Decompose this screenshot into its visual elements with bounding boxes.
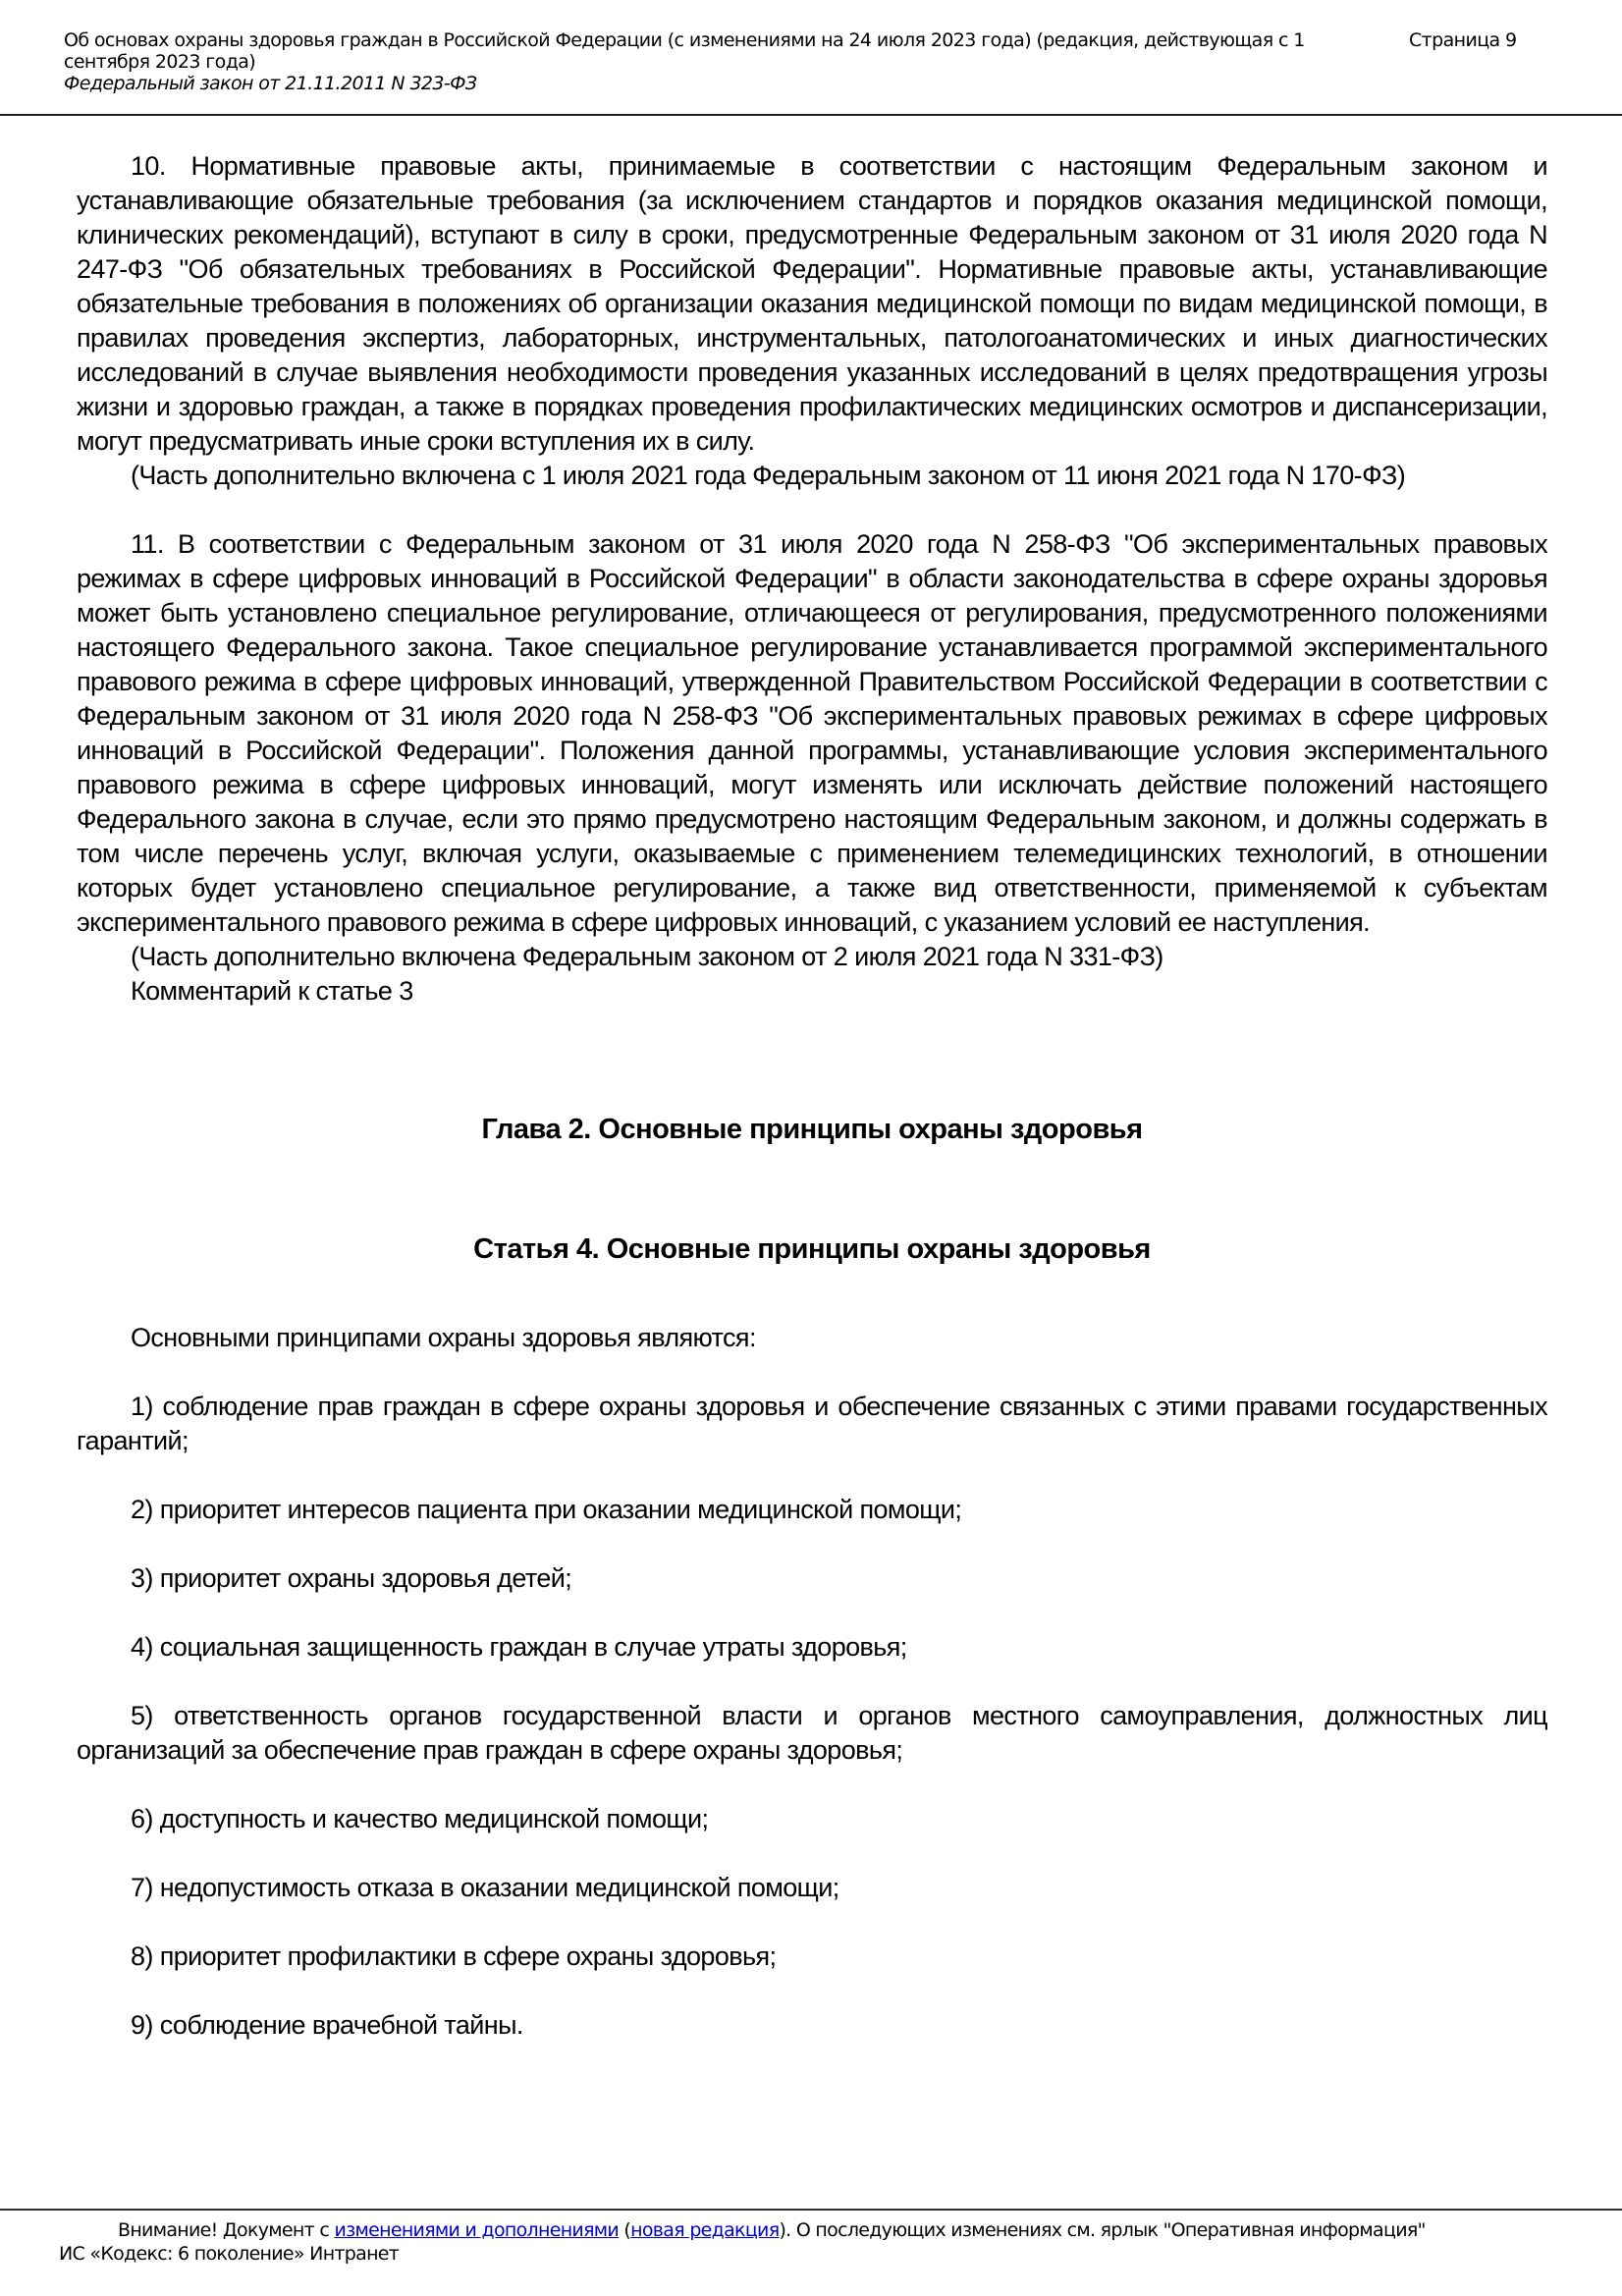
system-name: ИС «Кодекс: 6 поколение» Интранет — [59, 2242, 1571, 2266]
footer-notice: Внимание! Документ с изменениями и допол… — [59, 2218, 1571, 2242]
principle-item: 2) приоритет интересов пациента при оказ… — [77, 1493, 1547, 1527]
principles-intro: Основными принципами охраны здоровья явл… — [77, 1321, 1547, 1355]
principle-item: 3) приоритет охраны здоровья детей; — [77, 1561, 1547, 1596]
notice-prefix: Внимание! Документ с — [118, 2219, 334, 2241]
paren-open: ( — [619, 2219, 630, 2241]
principle-item: 6) доступность и качество медицинской по… — [77, 1802, 1547, 1836]
footer-divider — [0, 2209, 1622, 2211]
paragraph-10-note: (Часть дополнительно включена с 1 июля 2… — [77, 459, 1547, 493]
principle-item: 8) приоритет профилактики в сфере охраны… — [77, 1940, 1547, 1974]
paragraph-10: 10. Нормативные правовые акты, принимаем… — [77, 149, 1547, 459]
article-title: Статья 4. Основные принципы охраны здоро… — [77, 1232, 1547, 1267]
page-number: Страница 9 — [1409, 29, 1517, 51]
principle-item: 5) ответственность органов государственн… — [77, 1699, 1547, 1768]
principle-item: 4) социальная защищенность граждан в слу… — [77, 1630, 1547, 1665]
header-divider — [0, 114, 1622, 116]
page-footer: Внимание! Документ с изменениями и допол… — [59, 2218, 1571, 2266]
principle-item: 9) соблюдение врачебной тайны. — [77, 2008, 1547, 2043]
paragraph-11: 11. В соответствии с Федеральным законом… — [77, 527, 1547, 940]
document-body: 10. Нормативные правовые акты, принимаем… — [77, 149, 1547, 2043]
principle-item: 7) недопустимость отказа в оказании меди… — [77, 1871, 1547, 1905]
principle-item: 1) соблюдение прав граждан в сфере охран… — [77, 1390, 1547, 1458]
comment-link[interactable]: Комментарий к статье 3 — [77, 974, 1547, 1009]
chapter-title: Глава 2. Основные принципы охраны здоров… — [77, 1113, 1547, 1147]
notice-suffix: ). О последующих изменениях см. ярлык "О… — [779, 2219, 1425, 2241]
new-edition-link[interactable]: новая редакция — [630, 2219, 779, 2241]
law-reference: Федеральный закон от 21.11.2011 N 323-ФЗ — [64, 73, 1537, 94]
page-header: Об основах охраны здоровья граждан в Рос… — [64, 29, 1537, 94]
paragraph-11-note: (Часть дополнительно включена Федеральны… — [77, 940, 1547, 974]
document-title: Об основах охраны здоровья граждан в Рос… — [64, 29, 1370, 73]
changes-link[interactable]: изменениями и дополнениями — [334, 2219, 619, 2241]
